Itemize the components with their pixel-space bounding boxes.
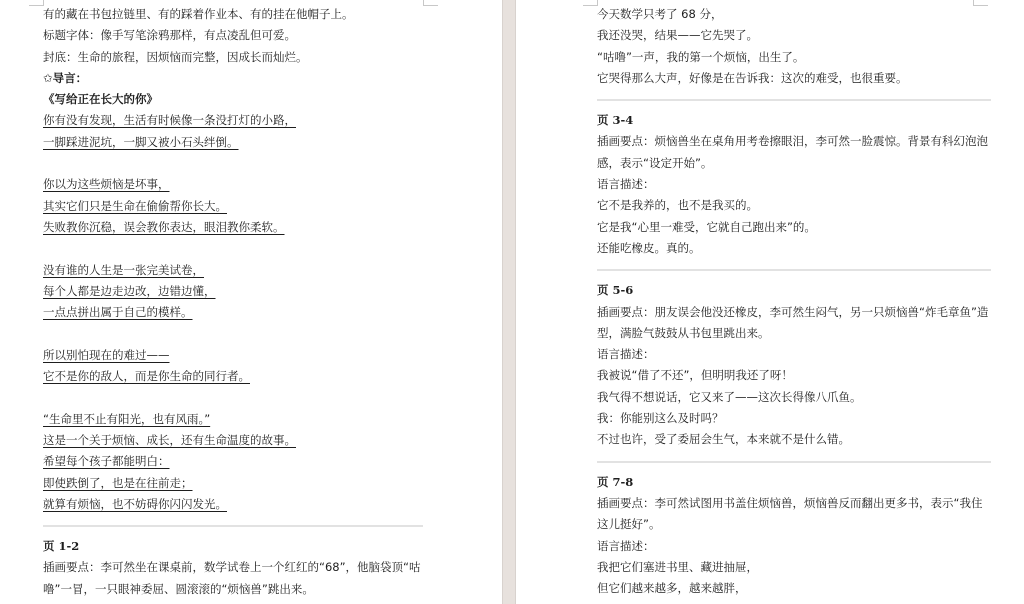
text-line: 我把它们塞进书里、藏进抽屉， bbox=[597, 557, 991, 578]
section-divider bbox=[597, 461, 991, 463]
poem-line: 一点点拼出属于自己的模样。 bbox=[43, 305, 193, 319]
poem-line: 没有谁的人生是一张完美试卷， bbox=[43, 263, 204, 277]
text-line: 还能吃橡皮。真的。 bbox=[597, 238, 991, 259]
document-page-right[interactable]: 今天数学只考了 68 分， 我还没哭，结果——它先哭了。 “咕噜”一声，我的第一… bbox=[516, 0, 1024, 604]
poem-line: 失败教你沉稳，误会教你表达，眼泪教你柔软。 bbox=[43, 220, 285, 234]
text-line: 有的藏在书包拉链里、有的踩着作业本、有的挂在他帽子上。 bbox=[43, 4, 423, 25]
section-heading: 页 1-2 bbox=[43, 536, 423, 557]
language-label: 语言描述： bbox=[597, 344, 991, 365]
language-label: 语言描述： bbox=[597, 536, 991, 557]
poem-line: 一脚踩进泥坑，一脚又被小石头绊倒。 bbox=[43, 135, 239, 149]
section-heading: 页 5-6 bbox=[597, 280, 991, 301]
poem-line: 所以别怕现在的难过—— bbox=[43, 348, 170, 362]
text-line: 我被说“借了不还”，但明明我还了呀！ bbox=[597, 365, 991, 386]
poem-title: 《写给正在长大的你》 bbox=[43, 89, 423, 110]
page-content: 今天数学只考了 68 分， 我还没哭，结果——它先哭了。 “咕噜”一声，我的第一… bbox=[597, 4, 991, 599]
section-heading: 页 3-4 bbox=[597, 110, 991, 131]
text-line: 它不是我养的，也不是我买的。 bbox=[597, 195, 991, 216]
poem-line: 每个人都是边走边改，边错边懂， bbox=[43, 284, 216, 298]
margin-corner-mark bbox=[29, 0, 44, 6]
poem-line: 就算有烦恼，也不妨碍你闪闪发光。 bbox=[43, 497, 227, 511]
language-label: 语言描述： bbox=[597, 174, 991, 195]
poem-line: 即使跌倒了，也是在往前走； bbox=[43, 476, 193, 490]
section-divider bbox=[43, 525, 423, 527]
text-line: 我：你能别这么及时吗？ bbox=[597, 408, 991, 429]
poem-line: 这是一个关于烦恼、成长，还有生命温度的故事。 bbox=[43, 433, 296, 447]
page-gutter bbox=[502, 0, 516, 604]
text-line: “咕噜”一声，我的第一个烦恼，出生了。 bbox=[597, 47, 991, 68]
document-viewport: 有的藏在书包拉链里、有的踩着作业本、有的挂在他帽子上。 标题字体：像手写笔涂鸦那… bbox=[0, 0, 1024, 604]
text-line: 它哭得那么大声，好像是在告诉我：这次的难受，也很重要。 bbox=[597, 68, 991, 89]
poem-line: “生命里不止有阳光，也有风雨。” bbox=[43, 412, 210, 426]
illustration-note: 插画要点：李可然坐在课桌前，数学试卷上一个红红的“68”，他脑袋顶“咕噜”一冒，… bbox=[43, 557, 423, 600]
text-line: 我还没哭，结果——它先哭了。 bbox=[597, 25, 991, 46]
poem-line: 你有没有发现，生活有时候像一条没打灯的小路， bbox=[43, 113, 296, 127]
section-heading: 页 7-8 bbox=[597, 472, 991, 493]
preface-heading: ✩导言： bbox=[43, 68, 423, 89]
poem-line: 你以为这些烦恼是坏事， bbox=[43, 177, 170, 191]
poem-line: 它不是你的敌人，而是你生命的同行者。 bbox=[43, 369, 250, 383]
section-divider bbox=[597, 99, 991, 101]
text-line: 封底：生命的旅程，因烦恼而完整，因成长而灿烂。 bbox=[43, 47, 423, 68]
page-content: 有的藏在书包拉链里、有的踩着作业本、有的挂在他帽子上。 标题字体：像手写笔涂鸦那… bbox=[43, 4, 423, 600]
text-line: 它是我“心里一难受，它就自己跑出来”的。 bbox=[597, 217, 991, 238]
poem-line: 其实它们只是生命在偷偷帮你长大。 bbox=[43, 199, 227, 213]
illustration-note: 插画要点：朋友误会他没还橡皮，李可然生闷气，另一只烦恼兽“炸毛章鱼”造型，满脸气… bbox=[597, 302, 991, 345]
text-line: 标题字体：像手写笔涂鸦那样，有点凌乱但可爱。 bbox=[43, 25, 423, 46]
document-page-left[interactable]: 有的藏在书包拉链里、有的踩着作业本、有的挂在他帽子上。 标题字体：像手写笔涂鸦那… bbox=[0, 0, 502, 604]
illustration-note: 插画要点：李可然试图用书盖住烦恼兽，烦恼兽反而翻出更多书，表示“我住这儿挺好”。 bbox=[597, 493, 991, 536]
section-divider bbox=[597, 269, 991, 271]
margin-corner-mark bbox=[583, 0, 598, 6]
illustration-note: 插画要点：烦恼兽坐在桌角用考卷擦眼泪，李可然一脸震惊。背景有科幻泡泡感，表示“设… bbox=[597, 131, 991, 174]
text-line: 但它们越来越多，越来越胖， bbox=[597, 578, 991, 599]
text-line: 我气得不想说话，它又来了——这次长得像八爪鱼。 bbox=[597, 387, 991, 408]
poem-line: 希望每个孩子都能明白： bbox=[43, 454, 170, 468]
text-line: 今天数学只考了 68 分， bbox=[597, 4, 991, 25]
margin-corner-mark bbox=[423, 0, 438, 6]
text-line: 不过也许，受了委屈会生气，本来就不是什么错。 bbox=[597, 429, 991, 450]
